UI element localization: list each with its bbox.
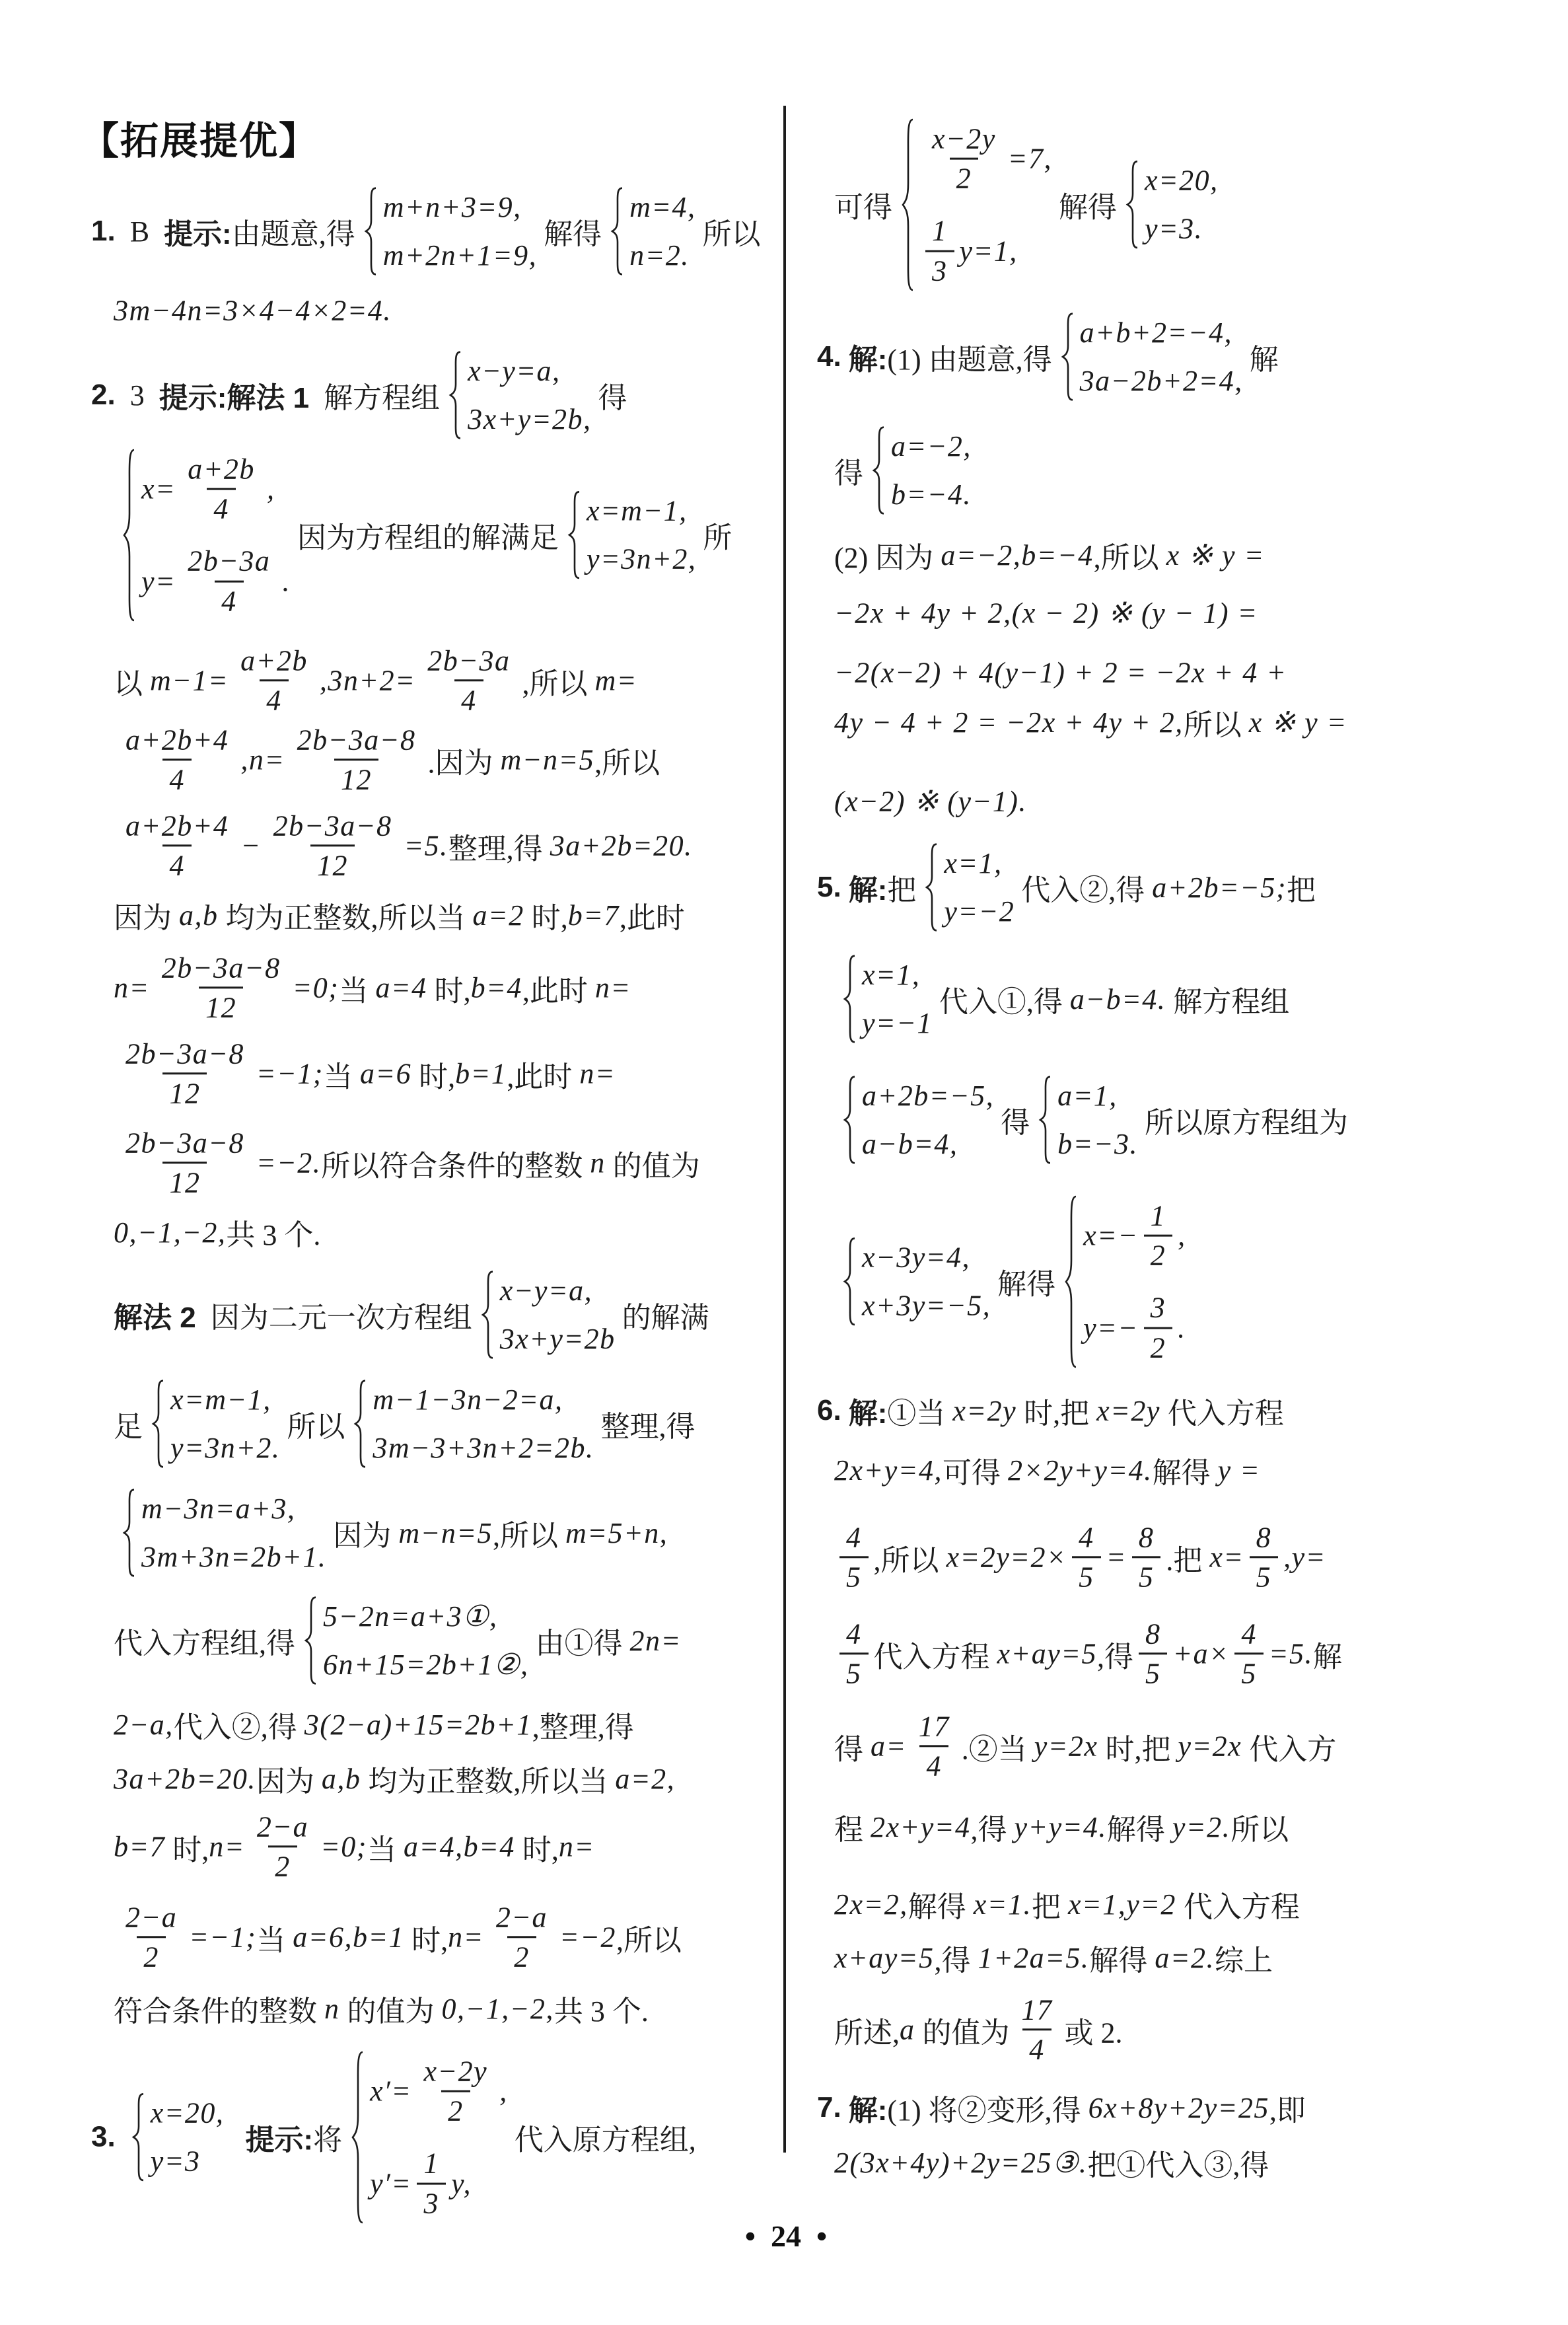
left-column-line: 因为 a,b 均为正整数,所以当 a=2 时,b=7,此时 bbox=[114, 894, 685, 936]
right-column-line: 程 2x+y=4,得 y+y=4.解得 y=2.所以 bbox=[834, 1806, 1289, 1848]
text-run: 所以原方程组为 bbox=[1145, 1099, 1348, 1141]
text-run: 因为方程组的解满足 bbox=[297, 514, 559, 556]
math-run: a,b bbox=[179, 899, 219, 932]
brace-wrap bbox=[149, 1379, 166, 1469]
math-run: y=3 bbox=[151, 2145, 201, 2178]
brace-icon bbox=[608, 186, 625, 276]
fraction-denominator: 2 bbox=[137, 1937, 166, 1976]
bold-label: 解: bbox=[849, 336, 888, 378]
fraction-denominator: 4 bbox=[162, 845, 192, 885]
equation-row: b=−3. bbox=[1057, 1127, 1138, 1161]
fraction-numerator: 2−a bbox=[489, 1898, 554, 1936]
math-run: x′= bbox=[370, 2075, 411, 2108]
text-run: 解方程组 bbox=[309, 374, 440, 416]
fraction: 45 bbox=[1234, 1615, 1264, 1692]
text-run bbox=[841, 2091, 849, 2125]
math-run: 2×2y+y=4. bbox=[1008, 1454, 1153, 1487]
text-run: 解得 bbox=[1153, 1449, 1218, 1491]
equation-rows: x′=x−2y2,y′=13y, bbox=[370, 2049, 508, 2227]
bold-label: 解: bbox=[849, 866, 888, 908]
math-run: x=2y=2× bbox=[946, 1541, 1067, 1574]
equation-system: a=−2,b=−4. bbox=[870, 425, 972, 515]
equation-rows: a=−2,b=−4. bbox=[891, 425, 972, 515]
text-run: .把 bbox=[1166, 1536, 1209, 1578]
brace-wrap bbox=[1059, 312, 1076, 402]
fraction-denominator: 4 bbox=[919, 1746, 948, 1785]
brace-icon bbox=[120, 447, 137, 624]
right-column-line: 45,所以 x=2y=2×45=85.把 x=85,y= bbox=[834, 1518, 1326, 1596]
equation-row: y=3 bbox=[151, 2145, 225, 2178]
equation-system: x−3y=4,x+3y=−5, bbox=[841, 1237, 991, 1327]
text-run: 代入②,得 bbox=[174, 1703, 304, 1746]
left-column-line: 符合条件的整数 n 的值为 0,−1,−2,共 3 个. bbox=[114, 1987, 649, 2030]
brace-icon bbox=[899, 116, 916, 294]
equation-rows: x=1,y=−1 bbox=[862, 954, 933, 1044]
text-run: 把 bbox=[887, 866, 916, 908]
equation-rows: m−1−3n−2=a,3m−3+3n+2=2b. bbox=[373, 1379, 594, 1469]
equation-row: 13y=1, bbox=[920, 212, 1052, 289]
equation-row: m+n+3=9, bbox=[383, 190, 537, 224]
math-run: a=2. bbox=[1155, 1941, 1215, 1975]
fraction: 2b−3a4 bbox=[421, 642, 517, 719]
brace-icon bbox=[1062, 1193, 1079, 1371]
text-run: 以 bbox=[114, 659, 150, 702]
fraction-numerator: 2b−3a−8 bbox=[119, 1124, 251, 1162]
equation-system: x=−12,y=−32. bbox=[1062, 1193, 1186, 1371]
math-run: n= bbox=[559, 1830, 595, 1864]
text-run: 把 bbox=[1032, 1883, 1068, 1925]
fraction-denominator: 4 bbox=[454, 680, 483, 720]
text-run: 时,把 bbox=[1016, 1389, 1096, 1432]
fraction: 2−a2 bbox=[250, 1808, 315, 1885]
equation-row: a=1, bbox=[1057, 1079, 1138, 1113]
text-run: 解得 bbox=[1089, 1937, 1155, 1979]
text-run: ,所以 bbox=[493, 1512, 565, 1554]
math-run: y=− bbox=[1083, 1311, 1138, 1345]
fraction: a+2b4 bbox=[234, 642, 314, 719]
math-run: y = bbox=[1218, 1454, 1261, 1487]
text-run: 时, bbox=[165, 1826, 209, 1868]
math-run: y=3n+2, bbox=[587, 542, 696, 576]
fraction: 2b−3a−812 bbox=[119, 1124, 251, 1201]
math-run: n= bbox=[595, 971, 631, 1005]
fraction-denominator: 5 bbox=[1250, 1557, 1279, 1596]
equation-rows: a+b+2=−4,3a−2b+2=4, bbox=[1080, 312, 1243, 402]
brace-wrap bbox=[129, 2092, 147, 2182]
math-run: =−2 bbox=[559, 1921, 616, 1954]
equation-row: y=2b−3a4. bbox=[141, 542, 291, 620]
brace-wrap bbox=[349, 2049, 366, 2227]
math-run: , bbox=[499, 2075, 508, 2108]
text-run: ①当 bbox=[887, 1389, 952, 1432]
text-run: 因为 bbox=[256, 1757, 322, 1800]
text-run: ,所以 bbox=[874, 1536, 946, 1578]
brace-wrap bbox=[841, 1237, 858, 1327]
text-run: 由题意,得 bbox=[232, 210, 355, 252]
brace-wrap bbox=[608, 186, 625, 276]
math-run: +a× bbox=[1172, 1637, 1229, 1671]
fraction-numerator: 4 bbox=[839, 1518, 869, 1556]
text-run bbox=[841, 340, 849, 374]
equation-rows: a=1,b=−3. bbox=[1057, 1075, 1138, 1165]
fraction: 45 bbox=[839, 1615, 869, 1692]
equation-row: x=1, bbox=[944, 846, 1015, 880]
math-run: − bbox=[240, 829, 261, 863]
text-run bbox=[841, 1394, 849, 1428]
math-run: a+2b=−5, bbox=[862, 1079, 994, 1113]
text-run: 得 bbox=[1001, 1099, 1030, 1141]
section-header: 【拓展提优】 bbox=[81, 110, 318, 165]
fraction-numerator: a+2b bbox=[234, 642, 314, 679]
math-run: y′= bbox=[370, 2166, 411, 2200]
text-run: ,此时 bbox=[522, 967, 595, 1009]
text-run: 可得 bbox=[943, 1449, 1008, 1491]
equation-system: x=a+2b4,y=2b−3a4. bbox=[120, 447, 291, 624]
math-run: a bbox=[900, 2013, 915, 2047]
math-run: , bbox=[1178, 1219, 1186, 1253]
fraction-denominator: 2 bbox=[950, 158, 979, 198]
bold-label: 6. bbox=[817, 1394, 841, 1427]
equation-system: x−y=a,3x+y=2b, bbox=[446, 350, 591, 440]
right-column-line: x+ay=5,得 1+2a=5.解得 a=2.综上 bbox=[834, 1937, 1273, 1979]
equation-row: y=−32. bbox=[1083, 1289, 1186, 1366]
text-run: 得 bbox=[834, 449, 863, 492]
math-run: 3m+3n=2b+1. bbox=[141, 1540, 326, 1574]
left-column-line: 1. B 提示:由题意,得m+n+3=9,m+2n+1=9,解得m=4,n=2.… bbox=[91, 186, 761, 276]
text-run: 解得 bbox=[1059, 184, 1117, 226]
fraction-denominator: 12 bbox=[162, 1073, 207, 1113]
fraction-numerator: a+2b+4 bbox=[119, 807, 235, 844]
math-run: m+2n+1=9, bbox=[383, 239, 537, 272]
math-run: a=4 bbox=[375, 971, 427, 1005]
equation-rows: x−y=a,3x+y=2b bbox=[500, 1270, 616, 1360]
brace-wrap bbox=[479, 1270, 496, 1360]
text-run: 的解满 bbox=[622, 1294, 709, 1336]
equation-row: x+3y=−5, bbox=[862, 1289, 991, 1323]
math-run: m−3n=a+3, bbox=[141, 1492, 295, 1526]
math-run: 2−a, bbox=[114, 1708, 174, 1742]
fraction: 174 bbox=[1015, 1991, 1059, 2068]
math-run: x=m−1, bbox=[170, 1383, 271, 1417]
math-run: =−1; bbox=[256, 1057, 324, 1091]
equation-row: x=20, bbox=[151, 2096, 225, 2130]
fraction: 13 bbox=[417, 2145, 446, 2222]
math-run: y=2x bbox=[1178, 1730, 1242, 1763]
equation-row: x=m−1, bbox=[587, 494, 696, 528]
right-column-line: 7. 解:(1) 将②变形,得 6x+8y+2y=25,即 bbox=[817, 2086, 1306, 2129]
text-run: (1) 由题意,得 bbox=[887, 336, 1051, 378]
math-run: m= bbox=[594, 664, 637, 698]
fraction: 2b−3a−812 bbox=[119, 1035, 251, 1112]
math-run: =5. bbox=[404, 829, 448, 863]
text-run: 当 bbox=[339, 967, 375, 1009]
equation-rows: m−3n=a+3,3m+3n=2b+1. bbox=[141, 1488, 326, 1578]
fraction: 2−a2 bbox=[119, 1898, 184, 1975]
math-run: ,3n+2= bbox=[320, 664, 415, 698]
text-run: 3 bbox=[116, 379, 159, 412]
fraction-numerator: x−2y bbox=[925, 120, 1003, 158]
brace-wrap bbox=[120, 447, 137, 624]
fraction-numerator: 1 bbox=[925, 212, 954, 250]
text-run bbox=[231, 2121, 245, 2155]
brace-icon bbox=[149, 1379, 166, 1469]
text-run: 程 bbox=[834, 1806, 871, 1848]
math-run: x=1. bbox=[974, 1888, 1032, 1921]
fraction-numerator: 17 bbox=[1015, 1991, 1059, 2028]
equation-system: m+n+3=9,m+2n+1=9, bbox=[362, 186, 537, 276]
fraction-denominator: 5 bbox=[1234, 1653, 1264, 1693]
brace-wrap bbox=[1123, 160, 1141, 250]
left-column-line: 2b−3a−812=−1;当 a=6 时,b=1,此时 n= bbox=[114, 1035, 616, 1112]
fraction-numerator: 2b−3a−8 bbox=[119, 1035, 251, 1072]
brace-wrap bbox=[362, 186, 379, 276]
text-run: 所以符合条件的整数 bbox=[321, 1142, 590, 1184]
equation-row: x=a+2b4, bbox=[141, 451, 291, 528]
fraction-numerator: 2b−3a bbox=[421, 642, 517, 679]
bold-label: 7. bbox=[817, 2091, 841, 2124]
text-run: 解 bbox=[1250, 336, 1279, 378]
right-column-line: 可得x−2y2=7,13y=1,解得x=20,y=3. bbox=[834, 116, 1225, 294]
left-column-line: x=a+2b4,y=2b−3a4.因为方程组的解满足x=m−1,y=3n+2,所 bbox=[114, 447, 732, 624]
equation-system: m=4,n=2. bbox=[608, 186, 695, 276]
fraction-denominator: 2 bbox=[268, 1846, 297, 1886]
math-run: x ※ y = bbox=[1166, 538, 1265, 572]
text-run: B bbox=[116, 215, 164, 248]
text-run: 因为 bbox=[114, 894, 179, 936]
text-run: 均为正整数,所以当 bbox=[361, 1757, 615, 1800]
math-run: m=5+n bbox=[565, 1516, 660, 1550]
equation-row: x−3y=4, bbox=[862, 1241, 991, 1274]
math-run: 3a−2b+2=4, bbox=[1080, 364, 1243, 398]
fraction-numerator: 2−a bbox=[250, 1808, 315, 1845]
text-run: 整理,得 bbox=[600, 1403, 695, 1445]
fraction-denominator: 5 bbox=[839, 1557, 869, 1596]
math-run: 1+2a=5. bbox=[978, 1941, 1089, 1975]
math-run: =7, bbox=[1008, 142, 1052, 176]
fraction-numerator: 3 bbox=[1144, 1289, 1173, 1327]
equation-system: x−y=a,3x+y=2b bbox=[479, 1270, 616, 1360]
text-run: 解方程组 bbox=[1166, 978, 1289, 1020]
equation-row: 5−2n=a+3①, bbox=[323, 1600, 529, 1633]
fraction-denominator: 12 bbox=[199, 987, 243, 1027]
bold-label: 2. bbox=[91, 379, 116, 412]
fraction-denominator: 3 bbox=[925, 250, 954, 289]
equation-system: x=1,y=−2 bbox=[923, 842, 1015, 932]
math-run: a=−2, bbox=[891, 429, 972, 463]
brace-wrap bbox=[841, 954, 858, 1044]
brace-wrap bbox=[351, 1379, 369, 1469]
text-run: 所述, bbox=[834, 2009, 900, 2051]
math-run: 2x+y=4 bbox=[871, 1810, 970, 1844]
left-column-line: a+2b+44,n=2b−3a−812.因为 m−n=5,所以 bbox=[114, 721, 660, 798]
math-run: = bbox=[1106, 1541, 1127, 1574]
math-run: m+n+3=9, bbox=[383, 190, 522, 224]
left-column-line: m−3n=a+3,3m+3n=2b+1.因为 m−n=5,所以 m=5+n, bbox=[114, 1488, 667, 1578]
math-run: m−n=5 bbox=[500, 743, 594, 777]
fraction: 2b−3a−812 bbox=[267, 807, 399, 884]
brace-wrap bbox=[1062, 1193, 1079, 1371]
right-column-line: 2x+y=4,可得 2×2y+y=4.解得 y = bbox=[834, 1449, 1260, 1491]
text-run: .②当 bbox=[962, 1725, 1034, 1767]
fraction: 2b−3a−812 bbox=[155, 949, 287, 1026]
equation-system: x=m−1,y=3n+2. bbox=[149, 1379, 280, 1469]
text-run: 因为 bbox=[333, 1512, 398, 1554]
fraction-numerator: 17 bbox=[912, 1707, 956, 1745]
fraction: 45 bbox=[1072, 1518, 1101, 1596]
right-column-line: 2(3x+4y)+2y=25③.把①代入③,得 bbox=[834, 2141, 1269, 2184]
text-run: 可得 bbox=[834, 184, 892, 226]
brace-icon bbox=[349, 2049, 366, 2227]
math-run: =0; bbox=[320, 1830, 367, 1864]
text-run: 将 bbox=[313, 2116, 342, 2159]
text-run: ,此时 bbox=[507, 1052, 579, 1095]
text-run: 因为二元一次方程组 bbox=[196, 1294, 472, 1336]
text-run: (1) 将②变形,得 bbox=[887, 2086, 1088, 2129]
brace-wrap bbox=[870, 425, 887, 515]
math-run: a=2 bbox=[473, 899, 524, 932]
text-run: 所以 bbox=[703, 210, 761, 252]
equation-row: m+2n+1=9, bbox=[383, 239, 537, 272]
equation-row: y′=13y, bbox=[370, 2145, 508, 2222]
fraction-denominator: 12 bbox=[334, 759, 378, 799]
brace-icon bbox=[923, 842, 940, 932]
fraction-denominator: 4 bbox=[207, 488, 236, 528]
equation-row: 3a−2b+2=4, bbox=[1080, 364, 1243, 398]
equation-rows: x−3y=4,x+3y=−5, bbox=[862, 1237, 991, 1327]
text-run: ,所以 bbox=[594, 739, 660, 781]
math-run: 6x+8y+2y=25 bbox=[1088, 2091, 1269, 2125]
math-run: x+ay=5 bbox=[997, 1637, 1097, 1671]
equation-rows: x=20,y=3. bbox=[1145, 160, 1219, 250]
math-run: ,y= bbox=[1283, 1541, 1326, 1574]
math-run: y=3. bbox=[1145, 212, 1203, 246]
text-run: 代入方程组,得 bbox=[114, 1619, 295, 1662]
fraction-numerator: 2b−3a−8 bbox=[291, 721, 423, 758]
brace-wrap bbox=[120, 1488, 137, 1578]
math-run: x+ay=5 bbox=[834, 1941, 934, 1975]
equation-row: x′=x−2y2, bbox=[370, 2053, 508, 2130]
math-run: n=2. bbox=[629, 239, 690, 272]
text-run: ,得 bbox=[970, 1806, 1014, 1848]
equation-row: b=−4. bbox=[891, 478, 972, 511]
right-column-line: 得 a=174.②当 y=2x 时,把 y=2x 代入方 bbox=[834, 1707, 1336, 1785]
equation-row: x−y=a, bbox=[468, 354, 591, 388]
math-run: x= bbox=[141, 472, 176, 506]
math-run: ,n= bbox=[240, 743, 285, 777]
math-run: a=4,b=4 bbox=[404, 1830, 515, 1864]
bold-label: 4. bbox=[817, 340, 841, 373]
equation-row: a=−2, bbox=[891, 429, 972, 463]
brace-icon bbox=[841, 1075, 858, 1165]
math-run: 0,−1,−2, bbox=[442, 1992, 554, 2026]
text-run: 综上 bbox=[1215, 1937, 1273, 1979]
math-run: m−1= bbox=[150, 664, 229, 698]
text-run: 代入②,得 bbox=[1021, 866, 1152, 908]
left-column-line: 2. 3 提示:解法 1 解方程组x−y=a,3x+y=2b,得 bbox=[91, 350, 627, 440]
text-run: 得 bbox=[598, 374, 627, 416]
math-run: y=2x bbox=[1034, 1730, 1098, 1763]
text-run: ,所以 bbox=[522, 659, 594, 702]
fraction-denominator: 2 bbox=[1144, 1327, 1173, 1366]
equation-row: y=3n+2. bbox=[170, 1431, 280, 1465]
math-run: 2x+y=4, bbox=[834, 1454, 943, 1487]
equation-row: x−y=a, bbox=[500, 1274, 616, 1308]
equation-row: a−b=4, bbox=[862, 1127, 994, 1161]
equation-system: m−1−3n−2=a,3m−3+3n+2=2b. bbox=[351, 1379, 594, 1469]
brace-icon bbox=[302, 1596, 319, 1685]
equation-row: 3m+3n=2b+1. bbox=[141, 1540, 326, 1574]
fraction-denominator: 4 bbox=[215, 580, 244, 620]
left-column-line: 3m−4n=3×4−4×2=4. bbox=[114, 294, 392, 328]
text-run: .因为 bbox=[427, 739, 500, 781]
math-run: =−2. bbox=[256, 1146, 321, 1180]
math-run: n= bbox=[448, 1921, 484, 1954]
math-run: 3a+2b=20. bbox=[550, 829, 693, 863]
math-run: x+3y=−5, bbox=[862, 1289, 991, 1323]
math-run: b=7 bbox=[568, 899, 620, 932]
left-column-line: 足x=m−1,y=3n+2.所以m−1−3n−2=a,3m−3+3n+2=2b.… bbox=[114, 1379, 695, 1469]
text-run: 整理,得 bbox=[448, 825, 550, 867]
math-run: a+2b=−5; bbox=[1152, 871, 1287, 904]
equation-row: x=1, bbox=[862, 958, 933, 992]
math-run: 2x=2, bbox=[834, 1888, 908, 1921]
right-column-line: 得a=−2,b=−4. bbox=[834, 425, 978, 515]
equation-row: x=m−1, bbox=[170, 1383, 280, 1417]
fraction-denominator: 2 bbox=[1144, 1235, 1173, 1274]
equation-row: m−3n=a+3, bbox=[141, 1492, 326, 1526]
right-column-line: 4y − 4 + 2 = −2x + 4y + 2,所以 x ※ y = bbox=[834, 701, 1347, 743]
equation-row: a+2b=−5, bbox=[862, 1079, 994, 1113]
fraction-denominator: 4 bbox=[260, 680, 289, 720]
math-run: y=−2 bbox=[944, 895, 1015, 928]
text-run: 得 bbox=[834, 1725, 871, 1767]
brace-wrap bbox=[1036, 1075, 1053, 1165]
text-run: 时, bbox=[411, 1052, 455, 1095]
math-run: y=2. bbox=[1172, 1810, 1230, 1844]
text-run: 所以 bbox=[1230, 1806, 1289, 1848]
math-run: =5. bbox=[1269, 1637, 1313, 1671]
right-column-line: 5. 解:把x=1,y=−2代入②,得 a+2b=−5;把 bbox=[817, 842, 1316, 932]
bold-label: 3. bbox=[91, 2121, 116, 2154]
fraction: x−2y2 bbox=[925, 120, 1003, 198]
math-run: y= bbox=[141, 564, 176, 598]
right-column-line: 6. 解:①当 x=2y 时,把 x=2y 代入方程 bbox=[817, 1389, 1284, 1432]
fraction-denominator: 5 bbox=[1132, 1557, 1161, 1596]
text-run: 代入方 bbox=[1242, 1725, 1336, 1767]
equation-system: x−2y2=7,13y=1, bbox=[899, 116, 1052, 294]
math-run: 6n+15=2b+1②, bbox=[323, 1648, 529, 1681]
brace-icon bbox=[565, 490, 583, 580]
left-column-line: n=2b−3a−812=0;当 a=4 时,b=4,此时 n= bbox=[114, 949, 631, 1026]
math-run: . bbox=[282, 564, 291, 598]
equation-system: 5−2n=a+3①,6n+15=2b+1②, bbox=[302, 1596, 529, 1685]
equation-system: x=m−1,y=3n+2, bbox=[565, 490, 696, 580]
text-run: ,所以 bbox=[616, 1916, 682, 1958]
text-run: 时, bbox=[515, 1826, 559, 1868]
fraction-denominator: 5 bbox=[1139, 1653, 1168, 1693]
text-run: 或 2. bbox=[1065, 2009, 1123, 2051]
equation-rows: x=1,y=−2 bbox=[944, 842, 1015, 932]
text-run: 把①代入③,得 bbox=[1087, 2141, 1269, 2184]
equation-system: m−3n=a+3,3m+3n=2b+1. bbox=[120, 1488, 326, 1578]
fraction: 85 bbox=[1132, 1518, 1161, 1596]
text-run bbox=[841, 871, 849, 904]
math-run: 5−2n=a+3①, bbox=[323, 1600, 498, 1633]
fraction: 12 bbox=[1144, 1197, 1173, 1274]
right-column-line: 2x=2,解得 x=1.把 x=1,y=2 代入方程 bbox=[834, 1883, 1300, 1925]
math-run: x= bbox=[1209, 1541, 1244, 1574]
text-run: 当 bbox=[367, 1826, 404, 1868]
